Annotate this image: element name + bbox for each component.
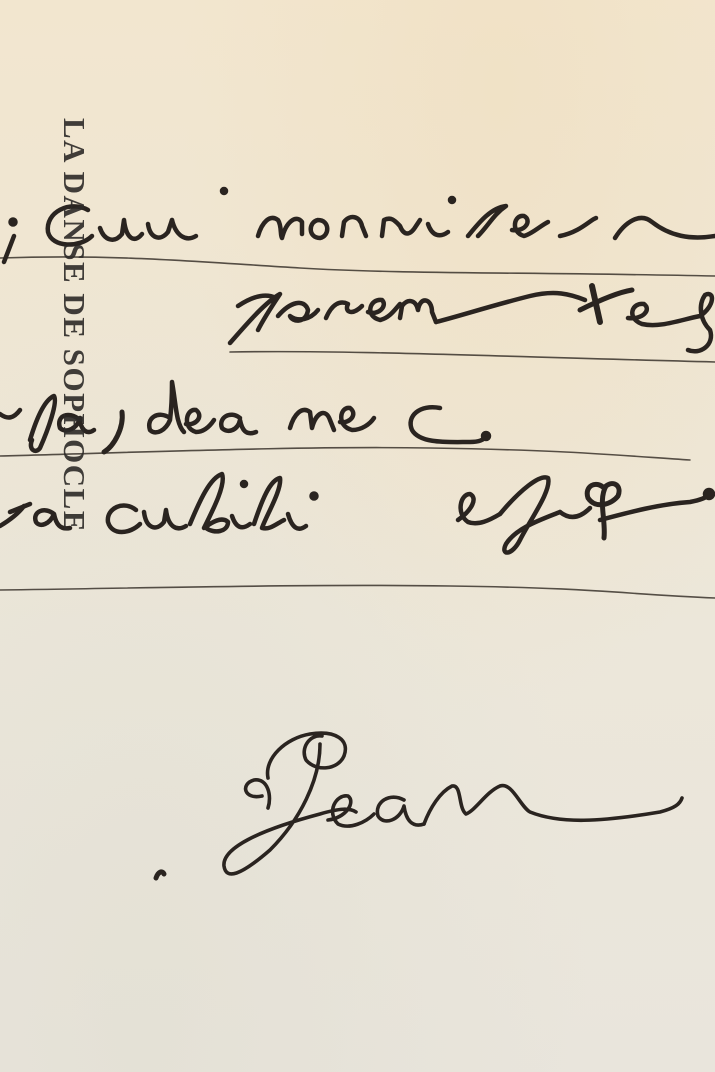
handwriting-layer [0, 0, 715, 1072]
handwriting-line-1 [4, 189, 715, 262]
printed-vertical-title: LA DANSE DE SOPHOCLE [52, 118, 96, 818]
manuscript-page: LA DANSE DE SOPHOCLE ; qui nonriser pare… [0, 0, 715, 1072]
handwriting-line-4 [0, 474, 713, 553]
handwriting-line-2 [230, 286, 712, 351]
signature-jean [156, 733, 682, 878]
